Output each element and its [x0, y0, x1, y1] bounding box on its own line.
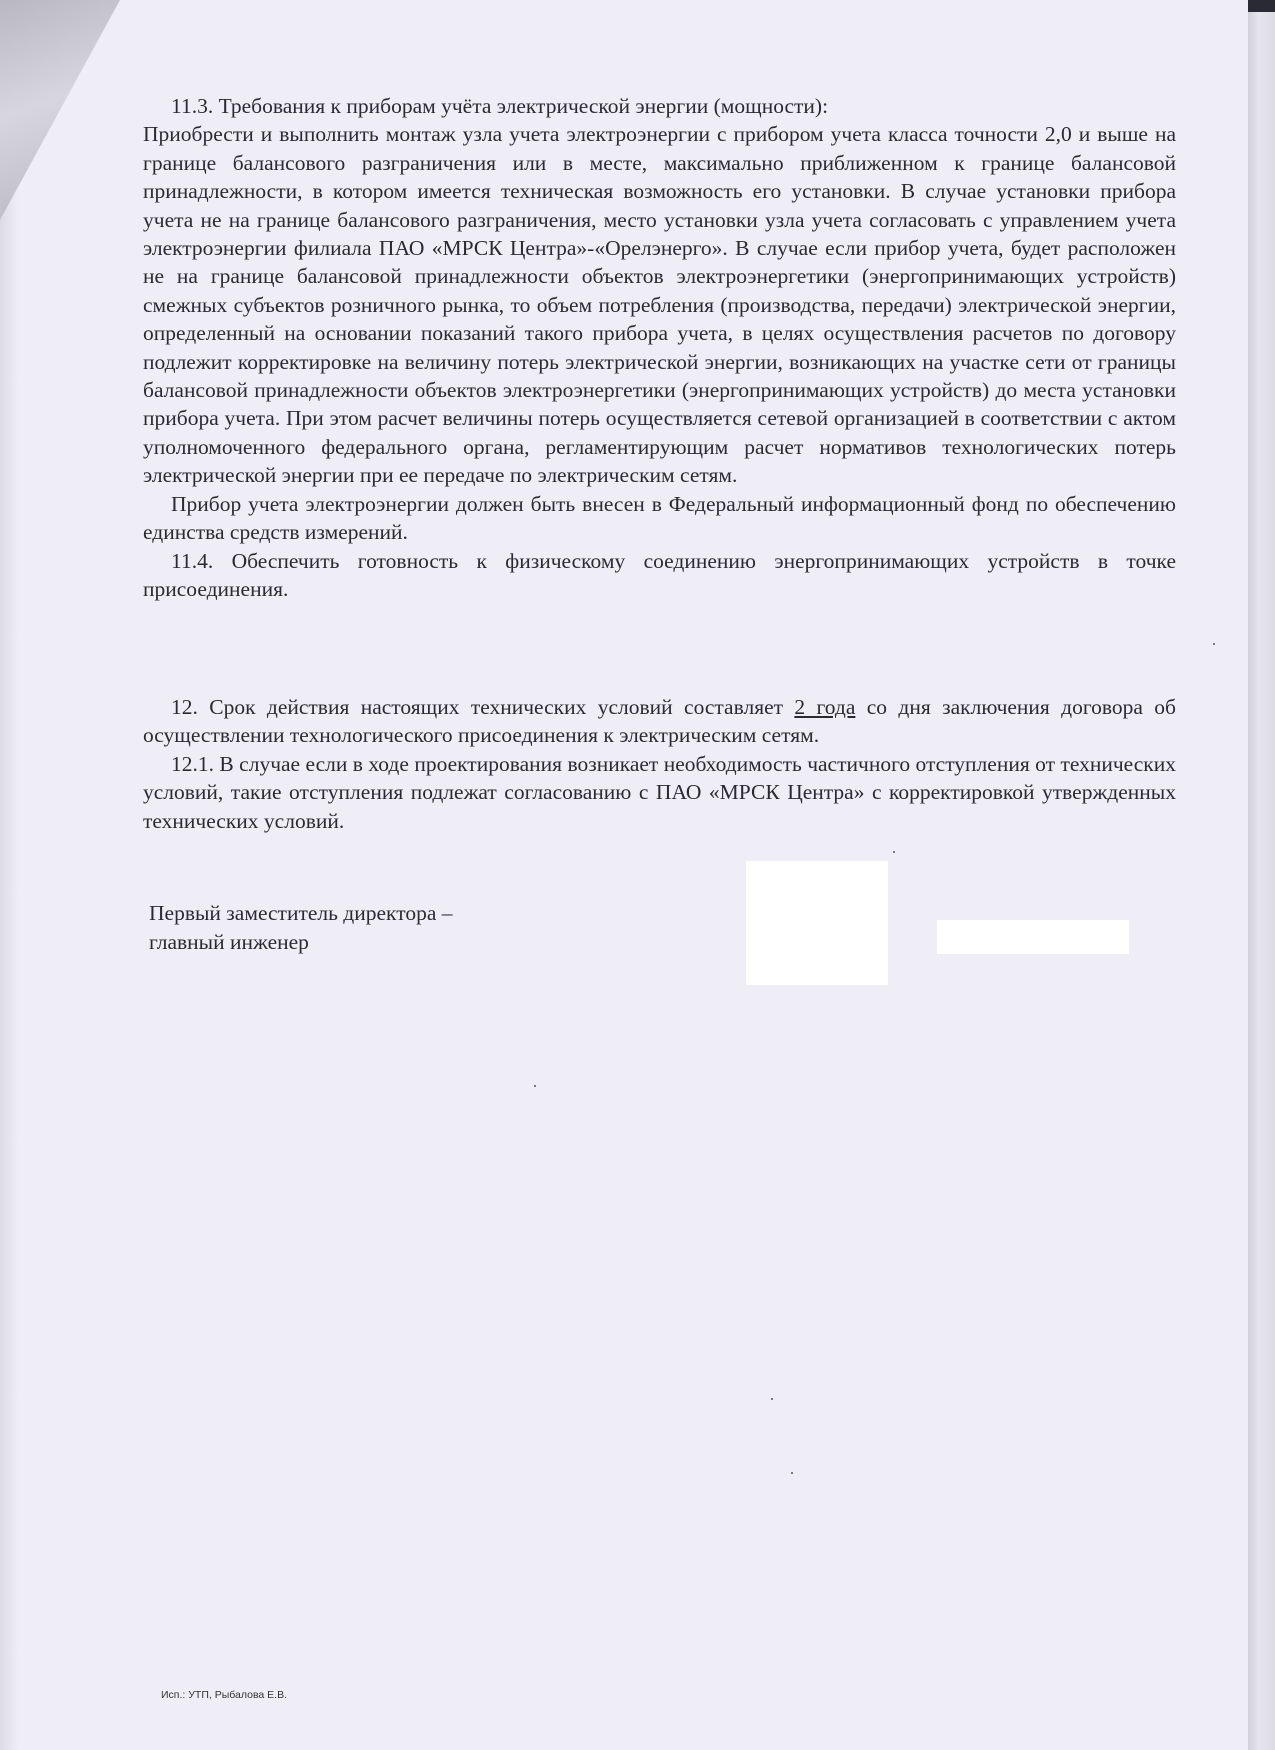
signatory-title-line2: главный инженер [149, 928, 453, 957]
signatory-title-line1: Первый заместитель директора – [149, 899, 453, 928]
section-11-3: 11.3. Требования к приборам учёта электр… [143, 92, 1176, 603]
scan-speck [1213, 643, 1215, 645]
registry-note: Прибор учета электроэнергии должен быть … [143, 490, 1176, 547]
section-11-3-heading: 11.3. Требования к приборам учёта электр… [143, 92, 1176, 120]
scan-speck [893, 851, 895, 853]
page-edge-right [1248, 0, 1275, 1750]
section-11-3-body: Приобрести и выполнить монтаж узла учета… [143, 120, 1176, 489]
section-12-text-a: 12. Срок действия настоящих технических … [171, 695, 794, 719]
section-12: 12. Срок действия настоящих технических … [143, 693, 1176, 750]
scanner-edge [1248, 0, 1275, 12]
executor-note: Исп.: УТП, Рыбалова Е.В. [161, 1689, 287, 1701]
redacted-signature [746, 861, 888, 985]
redacted-name [937, 920, 1129, 954]
scan-speck [791, 1472, 793, 1474]
scan-speck [771, 1398, 773, 1400]
section-11-4: 11.4. Обеспечить готовность к физическом… [143, 547, 1176, 604]
signatory-title: Первый заместитель директора – главный и… [149, 899, 453, 957]
page-shadow-left [0, 0, 18, 1750]
validity-term: 2 года [794, 695, 855, 719]
scan-speck [534, 1085, 536, 1087]
section-12-1: 12.1. В случае если в ходе проектировани… [143, 750, 1176, 835]
section-12-block: 12. Срок действия настоящих технических … [143, 693, 1176, 835]
